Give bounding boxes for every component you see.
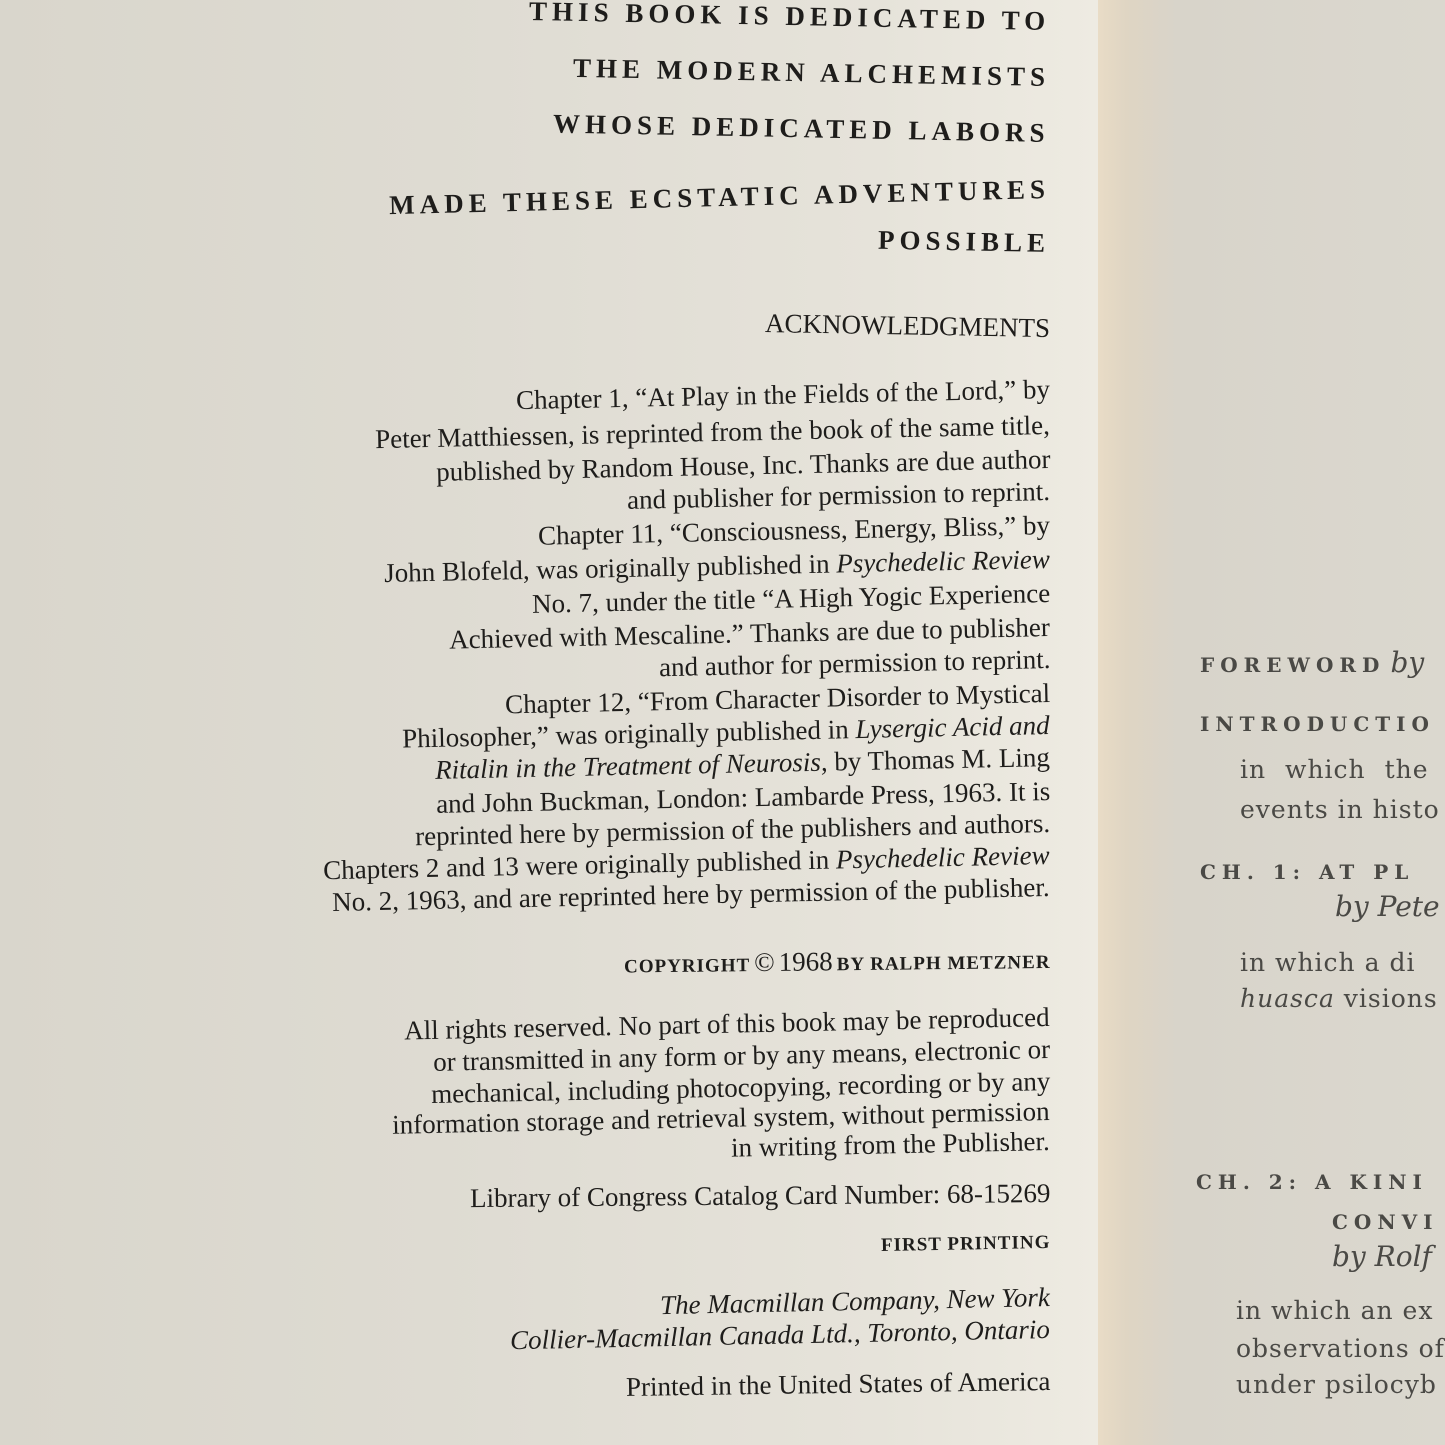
toc-description: under psilocyb: [1236, 1370, 1437, 1399]
copyright-label: COPYRIGHT: [623, 955, 749, 977]
toc-italic-word: huasca: [1240, 984, 1335, 1013]
toc-heading: FOREWORD: [1200, 653, 1385, 677]
catalog-number: Library of Congress Catalog Card Number:…: [469, 1176, 1050, 1215]
toc-description: in which an ex: [1236, 1296, 1433, 1325]
journal-title: Psychedelic Review: [836, 544, 1050, 578]
rights-line: in writing from the Publisher.: [731, 1124, 1050, 1165]
dedication-line: POSSIBLE: [878, 225, 1051, 259]
toc-author: by Rolf: [1332, 1240, 1432, 1273]
acknowledgments-title: ACKNOWLEDGMENTS: [765, 308, 1050, 344]
ack-line-text: by Thomas M. Ling: [827, 742, 1050, 777]
toc-heading: CH. 2: A KINI: [1196, 1170, 1428, 1194]
copyright-year: 1968: [778, 946, 832, 977]
toc-description: observations of: [1236, 1334, 1445, 1363]
copyright-line: COPYRIGHT © 1968 BY RALPH METZNER: [623, 944, 1050, 979]
printing-notice: FIRST PRINTING: [880, 1232, 1050, 1257]
gutter-shadow: [1098, 0, 1178, 1445]
toc-description: huasca visions: [1240, 984, 1438, 1013]
toc-description-text: visions: [1335, 984, 1438, 1013]
toc-description: events in histo: [1240, 795, 1440, 824]
toc-description: in which a di: [1240, 948, 1415, 977]
toc-heading: CONVI: [1332, 1210, 1439, 1234]
toc-author: by Pete: [1335, 890, 1440, 923]
journal-title: Psychedelic Review: [836, 840, 1050, 874]
printed-in: Printed in the United States of America: [625, 1364, 1050, 1404]
toc-heading: CH. 1: AT PL: [1200, 860, 1414, 884]
toc-description: in which the: [1240, 755, 1429, 784]
toc-author: by: [1390, 646, 1424, 679]
copyright-symbol: ©: [754, 947, 775, 977]
toc-heading: INTRODUCTIO: [1200, 712, 1435, 736]
toc-foreword: FOREWORD by: [1200, 646, 1424, 679]
copyright-holder: BY RALPH METZNER: [836, 952, 1050, 975]
book-title: Lysergic Acid and: [856, 710, 1051, 744]
